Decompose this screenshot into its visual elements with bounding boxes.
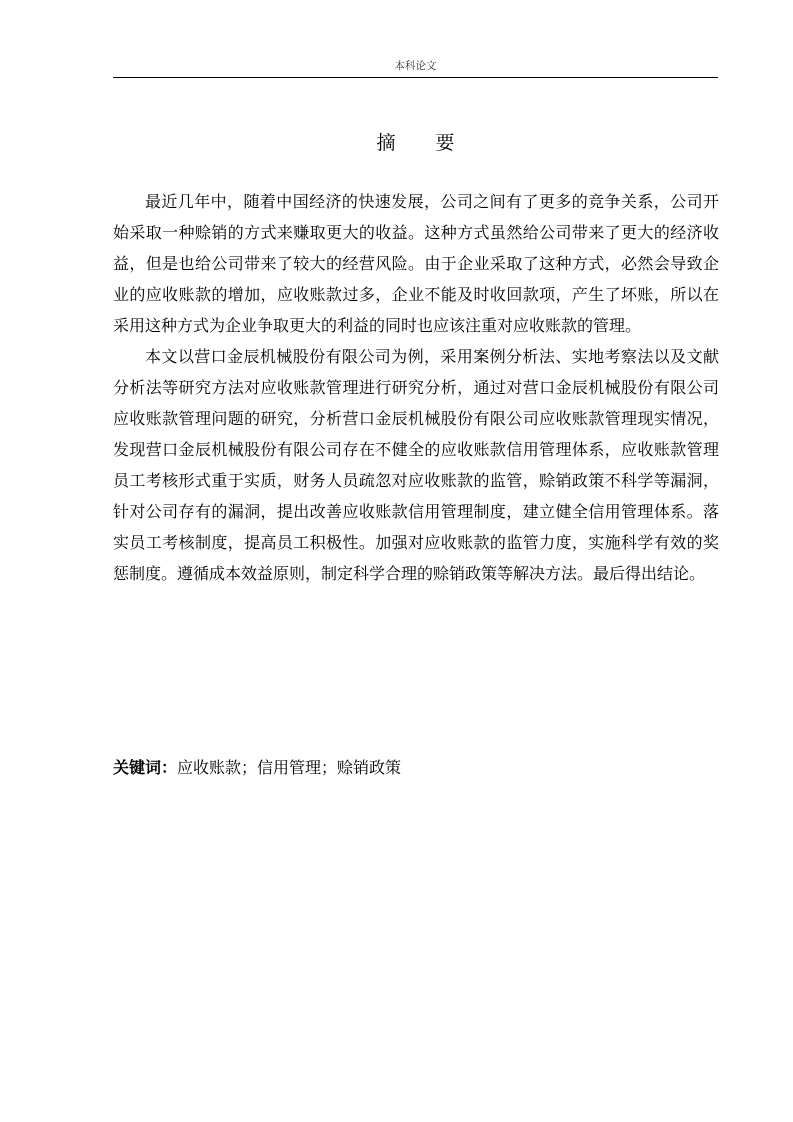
abstract-paragraph-2: 本文以营口金辰机械股份有限公司为例，采用案例分析法、实地考察法以及文献分析法等研…	[113, 341, 719, 589]
keywords-label: 关键词：	[113, 758, 177, 777]
title-char-2: 要	[436, 132, 455, 154]
abstract-body: 最近几年中，随着中国经济的快速发展，公司之间有了更多的竞争关系，公司开始采取一种…	[113, 186, 719, 589]
abstract-paragraph-1: 最近几年中，随着中国经济的快速发展，公司之间有了更多的竞争关系，公司开始采取一种…	[113, 186, 719, 341]
running-header: 本科论文	[113, 58, 718, 73]
header-rule	[113, 77, 718, 78]
keywords-line: 关键词：应收账款；信用管理；赊销政策	[113, 756, 719, 780]
keywords-value: 应收账款；信用管理；赊销政策	[177, 758, 401, 777]
abstract-title: 摘要	[113, 128, 718, 155]
title-char-1: 摘	[376, 132, 395, 154]
